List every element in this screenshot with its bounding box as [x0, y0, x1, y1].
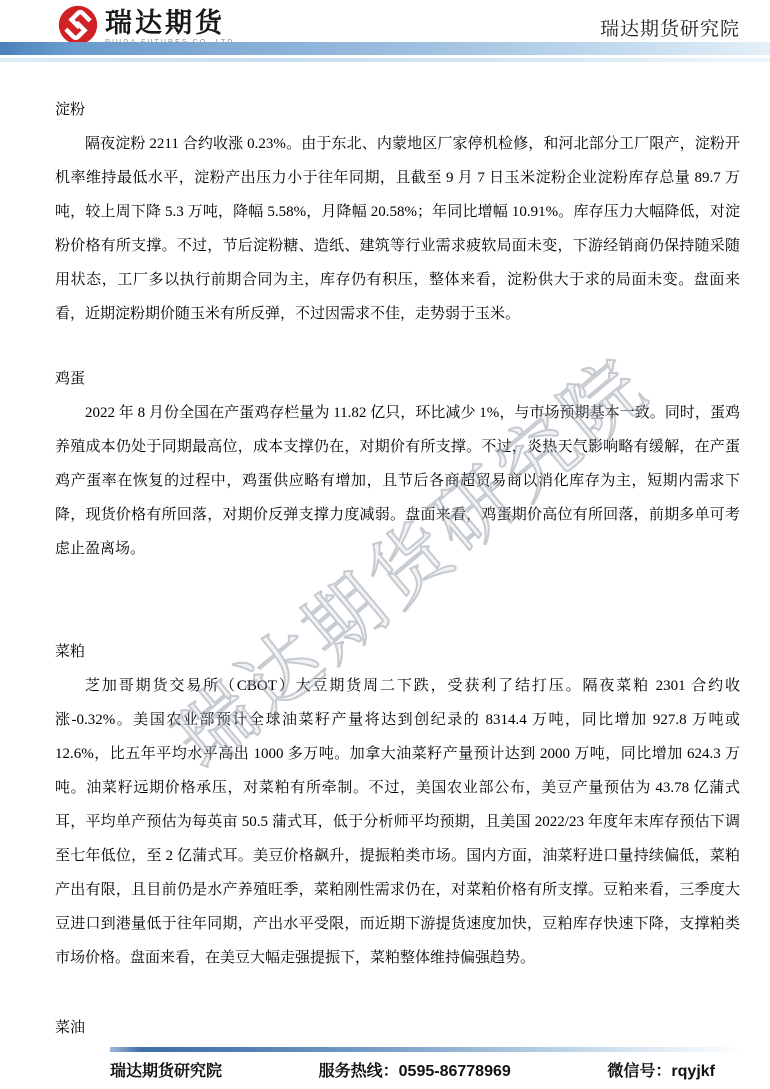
section-heading-eggs: 鸡蛋: [55, 362, 740, 396]
section-heading-rapeseed-meal: 菜粕: [55, 635, 740, 669]
section-starch: 淀粉 隔夜淀粉 2211 合约收涨 0.23%。由于东北、内蒙地区厂家停机检修，…: [55, 93, 740, 331]
brand-name-cn: 瑞达期货: [105, 9, 239, 37]
report-body: 淀粉 隔夜淀粉 2211 合约收涨 0.23%。由于东北、内蒙地区厂家停机检修，…: [55, 93, 740, 1045]
section-rapeseed-oil: 菜油: [55, 1011, 740, 1045]
header-divider-thin-line: [0, 58, 770, 62]
footer-hotline: 服务热线：0595-86778969: [319, 1058, 511, 1081]
section-paragraph-starch: 隔夜淀粉 2211 合约收涨 0.23%。由于东北、内蒙地区厂家停机检修，和河北…: [55, 127, 740, 331]
footer: 瑞达期货研究院 服务热线：0595-86778969 微信号：rqyjkf: [110, 1058, 715, 1081]
section-paragraph-eggs: 2022 年 8 月份全国在产蛋鸡存栏量为 11.82 亿只，环比减少 1%，与…: [55, 396, 740, 566]
footer-institute: 瑞达期货研究院: [110, 1058, 222, 1081]
header-institute-title: 瑞达期货研究院: [600, 14, 740, 41]
section-eggs: 鸡蛋 2022 年 8 月份全国在产蛋鸡存栏量为 11.82 亿只，环比减少 1…: [55, 362, 740, 566]
brand-text: 瑞达期货 RUIDA FUTURES CO.,LTD.: [105, 9, 239, 46]
footer-divider-bar: [110, 1047, 740, 1052]
footer-wechat: 微信号：rqyjkf: [607, 1058, 715, 1081]
section-heading-rapeseed-oil: 菜油: [55, 1011, 740, 1045]
section-paragraph-rapeseed-meal: 芝加哥期货交易所（CBOT）大豆期货周二下跌，受获利了结打压。隔夜菜粕 2301…: [55, 669, 740, 975]
header-divider-bar: [0, 42, 770, 55]
section-heading-starch: 淀粉: [55, 93, 740, 127]
section-rapeseed-meal: 菜粕 芝加哥期货交易所（CBOT）大豆期货周二下跌，受获利了结打压。隔夜菜粕 2…: [55, 635, 740, 975]
